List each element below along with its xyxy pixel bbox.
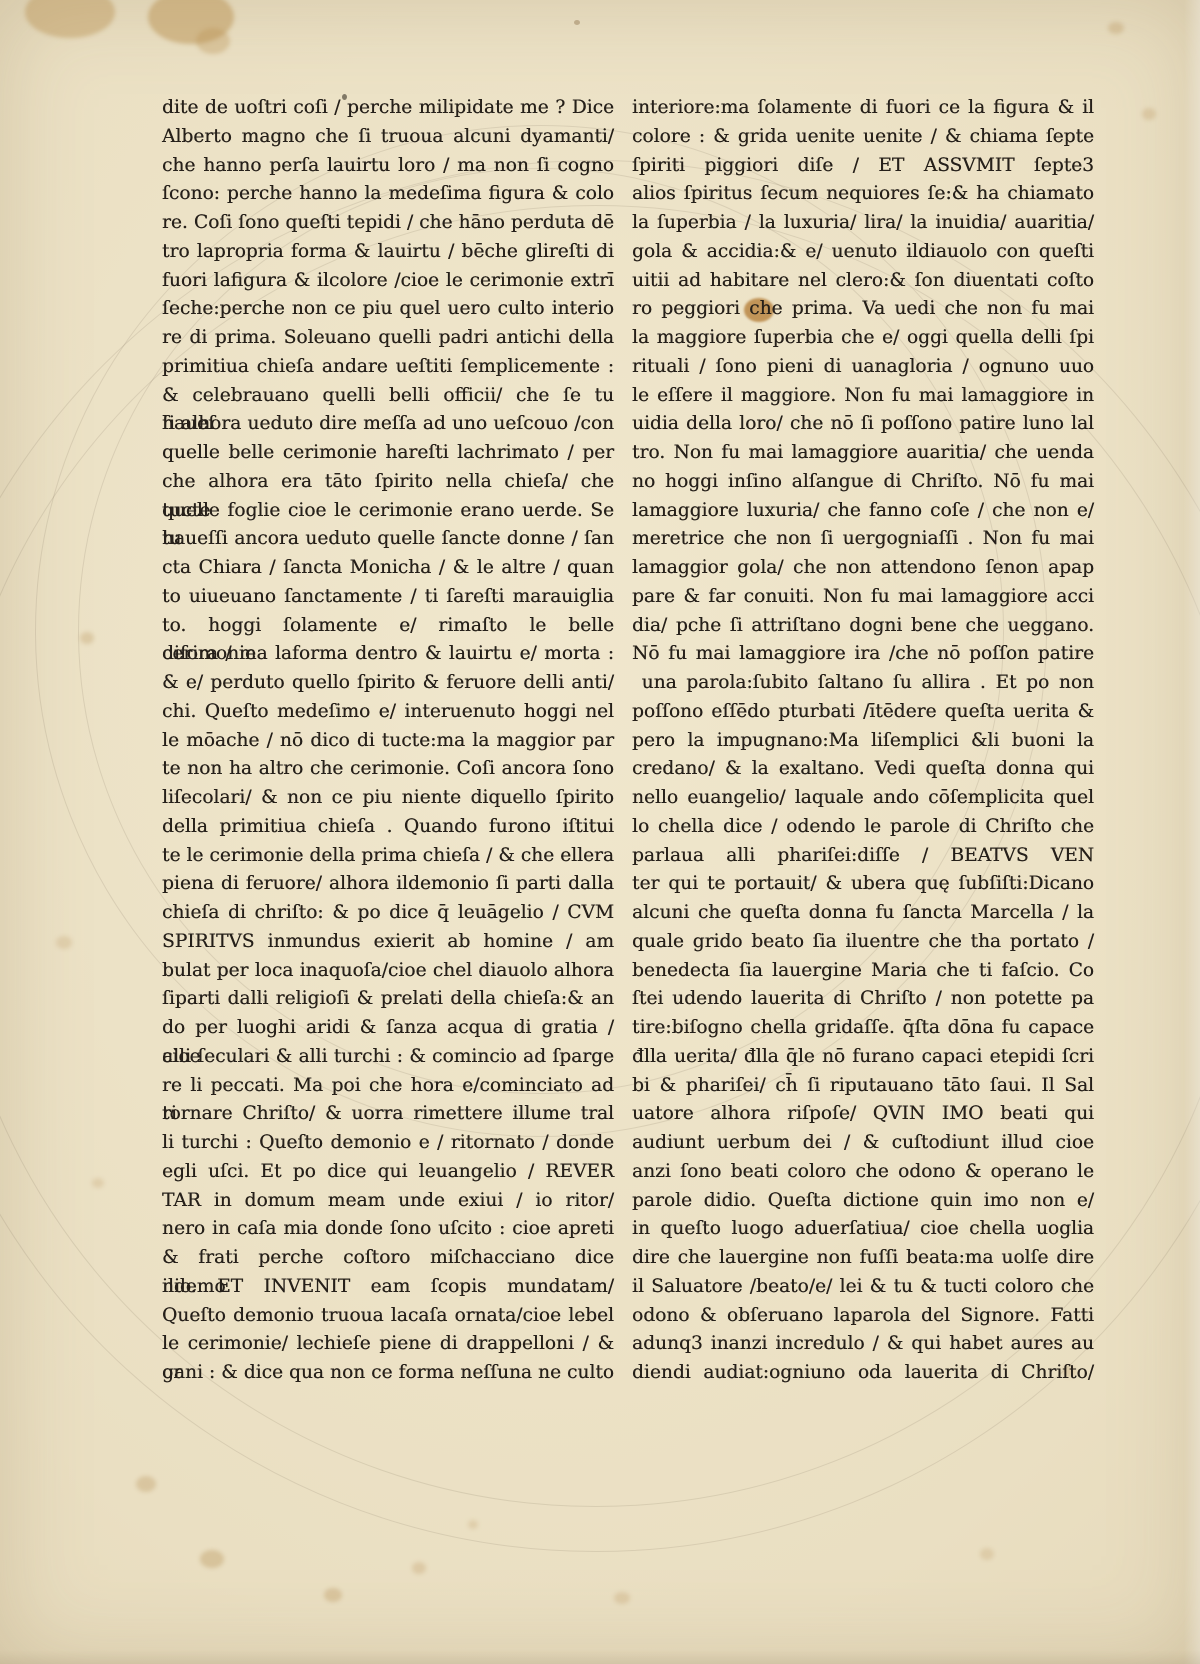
text-line: ſeche:perche non ce piu quel uero culto … xyxy=(162,295,614,324)
text-line: tro. Non fu mai lamaggiore auaritia/ che… xyxy=(632,439,1094,468)
text-line: benedecta ſia lauergine Maria che ti faſ… xyxy=(632,957,1094,986)
text-line: piena di feruore/ alhora ildemonio ſi pa… xyxy=(162,870,614,899)
text-line: odono & obſeruano laparola del Signore. … xyxy=(632,1302,1094,1331)
text-line: lamaggior gola/ che non attendono ſenon … xyxy=(632,554,1094,583)
text-line: ter qui te portauit/ & ubera quę ſubſiſt… xyxy=(632,870,1094,899)
text-line: lamaggiore luxuria/ che fanno coſe / che… xyxy=(632,497,1094,526)
text-line: ro peggiori che prima. Va uedi che non f… xyxy=(632,295,1094,324)
text-line: parole didio. Queſta dictione quin imo n… xyxy=(632,1187,1094,1216)
text-line: fuori lafigura & ilcolore /cioe le cerim… xyxy=(162,267,614,296)
text-line: no hoggi inſino alſangue di Chriſto. Nō … xyxy=(632,468,1094,497)
text-line: ſpiriti piggiori diſe / ET ASSVMIT ſepte… xyxy=(632,152,1094,181)
text-line: una parola:ſubito ſaltano ſu allira . Et… xyxy=(632,669,1094,698)
text-line: alios ſpiritus ſecum nequiores ſe:& ha c… xyxy=(632,180,1094,209)
text-line: bi & phariſei/ ch̄ ſi riputauano tāto ſa… xyxy=(632,1072,1094,1101)
foxing-stain xyxy=(614,1592,630,1604)
text-line: re. Coſi ſono queſti tepidi / che hāno p… xyxy=(162,209,614,238)
foxing-stain xyxy=(412,1562,426,1574)
foxing-stain xyxy=(148,0,234,44)
text-line: le cerimonie/ lechieſe piene di drappell… xyxy=(162,1330,614,1359)
text-line: đlla uerita/ đlla q̄le nō furano capaci … xyxy=(632,1043,1094,1072)
text-line: colore : & grida uenite uenite / & chiam… xyxy=(632,123,1094,152)
text-line: nio. ET INVENIT eam ſcopis mundatam/ xyxy=(162,1273,614,1302)
foxing-stain xyxy=(25,0,115,38)
text-line: nero in caſa mia donde ſono uſcito : cio… xyxy=(162,1215,614,1244)
text-line: che alhora era tāto ſpirito nella chieſa… xyxy=(162,468,614,497)
text-line: chi. Queſto medeſimo e/ interuenuto hogg… xyxy=(162,698,614,727)
text-column-left: dite de uoſtri coſi / perche milipidate … xyxy=(162,94,614,1388)
foxing-stain xyxy=(80,632,94,644)
text-line: bulat per loca inaquoſa/cioe chel diauol… xyxy=(162,957,614,986)
text-line: uitii ad habitare nel clero:& ſon diuent… xyxy=(632,267,1094,296)
text-line: gola & accidia:& e/ uenuto ildiauolo con… xyxy=(632,238,1094,267)
text-line: diendi audiat:ogniuno oda lauerita di Ch… xyxy=(632,1359,1094,1388)
text-line: ſiparti dalli religioſi & prelati della … xyxy=(162,985,614,1014)
text-line: interiore:ma ſolamente di fuori ce la fi… xyxy=(632,94,1094,123)
text-line: pero la impugnano:Ma liſemplici &li buon… xyxy=(632,727,1094,756)
text-line: dite de uoſtri coſi / perche milipidate … xyxy=(162,94,614,123)
text-line: la maggiore ſuperbia che e/ oggi quella … xyxy=(632,324,1094,353)
text-line: gani : & dice qua non ce forma neſſuna n… xyxy=(162,1359,614,1388)
text-line: anzi ſono beati coloro che odono & opera… xyxy=(632,1158,1094,1187)
text-line: ſi alhora ueduto dire meſſa ad uno ueſco… xyxy=(162,410,614,439)
text-line: dire che lauergine non fuſſi beata:ma uo… xyxy=(632,1244,1094,1273)
text-line: in queſto luogo aduerſatiua/ cioe chella… xyxy=(632,1215,1094,1244)
text-line: liſecolari/ & non ce piu niente diquello… xyxy=(162,784,614,813)
foxing-stain xyxy=(92,1178,104,1188)
text-line: ſtei udendo lauerita di Chriſto / non po… xyxy=(632,985,1094,1014)
text-line: uatore alhora riſpoſe/ QVIN IMO beati qu… xyxy=(632,1100,1094,1129)
text-line: do per luoghi aridi & ſanza acqua di gra… xyxy=(162,1014,614,1043)
text-line: to. hoggi ſolamente e/ rimaſto le belle … xyxy=(162,612,614,641)
text-line: Alberto magno che ſi truoua alcuni dyama… xyxy=(162,123,614,152)
text-line: quelle foglie cioe le cerimonie erano ue… xyxy=(162,497,614,526)
text-line: rituali / ſono pieni di uanagloria / ogn… xyxy=(632,353,1094,382)
foxing-stain xyxy=(468,1520,478,1529)
text-line: poſſono eſſēdo pturbati /ītēdere queſta … xyxy=(632,698,1094,727)
text-line: alli ſeculari & alli turchi : & comincio… xyxy=(162,1043,614,1072)
text-line: li turchi : Queſto demonio e / ritornato… xyxy=(162,1129,614,1158)
text-line: nello euangelio/ laquale ando cōſemplici… xyxy=(632,784,1094,813)
text-line: parlaua alli phariſei:diſſe / BEATVS VEN xyxy=(632,842,1094,871)
foxing-stain xyxy=(200,1550,224,1568)
text-line: le eſſere il maggiore. Non fu mai lamagg… xyxy=(632,382,1094,411)
text-line: il Saluatore /beato/e/ lei & tu & tucti … xyxy=(632,1273,1094,1302)
text-line: to uiueuano ſanctamente / ti ſareſti mar… xyxy=(162,583,614,612)
text-line: ſcono: perche hanno la medeſima figura &… xyxy=(162,180,614,209)
text-line: adunq3 inanzi incredulo / & qui habet au… xyxy=(632,1330,1094,1359)
text-line: Queſto demonio truoua lacaſa ornata/cioe… xyxy=(162,1302,614,1331)
text-line: Nō fu mai lamaggiore ira /che nō poſſon … xyxy=(632,640,1094,669)
text-line: la ſuperbia / la luxuria/ lira/ la inuid… xyxy=(632,209,1094,238)
text-line: credano/ & la exaltano. Vedi queſta donn… xyxy=(632,755,1094,784)
foxing-stain xyxy=(980,1548,994,1560)
text-line: SPIRITVS inmundus exierit ab homine / am xyxy=(162,928,614,957)
scan-edge-shadow xyxy=(0,1650,1200,1664)
text-line: lo chella dice / odendo le parole di Chr… xyxy=(632,813,1094,842)
foxing-stain xyxy=(196,28,230,54)
text-line: difora / ma laforma dentro & lauirtu e/ … xyxy=(162,640,614,669)
foxing-stain xyxy=(1108,22,1124,34)
text-line: & e/ perduto quello ſpirito & feruore de… xyxy=(162,669,614,698)
text-line: tro lapropria forma & lauirtu / bēche gl… xyxy=(162,238,614,267)
foxing-stain xyxy=(1142,108,1156,120)
text-line: te non ha altro che cerimonie. Coſi anco… xyxy=(162,755,614,784)
text-line: primitiua chieſa andare ueſtiti ſemplice… xyxy=(162,353,614,382)
text-line: & celebrauano quelli belli officii/ che … xyxy=(162,382,614,411)
scan-edge-highlight xyxy=(1184,0,1200,1664)
text-line: haueſſi ancora ueduto quelle ſancte donn… xyxy=(162,525,614,554)
text-line: pare & far conuiti. Non fu mai lamaggior… xyxy=(632,583,1094,612)
text-line: che hanno perſa lauirtu loro / ma non ſi… xyxy=(162,152,614,181)
text-line: re di prima. Soleuano quelli padri antic… xyxy=(162,324,614,353)
text-line: & frati perche coſtoro miſchacciano dice… xyxy=(162,1244,614,1273)
text-line: quelle belle cerimonie hareſti lachrimat… xyxy=(162,439,614,468)
text-line: dia/ pche ſi attriſtano dogni bene che u… xyxy=(632,612,1094,641)
text-line: re li peccati. Ma poi che hora e/cominci… xyxy=(162,1072,614,1101)
text-line: TAR in domum meam unde exiui / io ritor/ xyxy=(162,1187,614,1216)
foxing-stain xyxy=(136,1476,156,1492)
text-line: alcuni che queſta donna fu ſancta Marcel… xyxy=(632,899,1094,928)
text-line: chieſa di chriſto: & po dice q̄ leuāgeli… xyxy=(162,899,614,928)
text-line: meretrice che non ſi uergogniaſſi . Non … xyxy=(632,525,1094,554)
text-line: audiunt uerbum dei / & cuſtodiunt illud … xyxy=(632,1129,1094,1158)
ink-speck xyxy=(574,20,580,25)
text-line: te le cerimonie della prima chieſa / & c… xyxy=(162,842,614,871)
foxing-stain xyxy=(56,936,72,949)
foxing-stain xyxy=(324,1588,342,1602)
text-column-right: interiore:ma ſolamente di fuori ce la fi… xyxy=(632,94,1094,1388)
text-line: della primitiua chieſa . Quando furono i… xyxy=(162,813,614,842)
text-line: uidia della loro/ che nō ſi poſſono pati… xyxy=(632,410,1094,439)
text-line: tornare Chriſto/ & uorra rimettere illum… xyxy=(162,1100,614,1129)
text-line: egli uſci. Et po dice qui leuangelio / R… xyxy=(162,1158,614,1187)
text-line: le mōache / nō dico di tucte:ma la maggi… xyxy=(162,727,614,756)
manuscript-page: dite de uoſtri coſi / perche milipidate … xyxy=(0,0,1200,1664)
text-line: quale grido beato ſia iluentre che tha p… xyxy=(632,928,1094,957)
text-line: cta Chiara / ſancta Monicha / & le altre… xyxy=(162,554,614,583)
text-line: tire:biſogno chella gridaſſe. q̄ſta dōna… xyxy=(632,1014,1094,1043)
